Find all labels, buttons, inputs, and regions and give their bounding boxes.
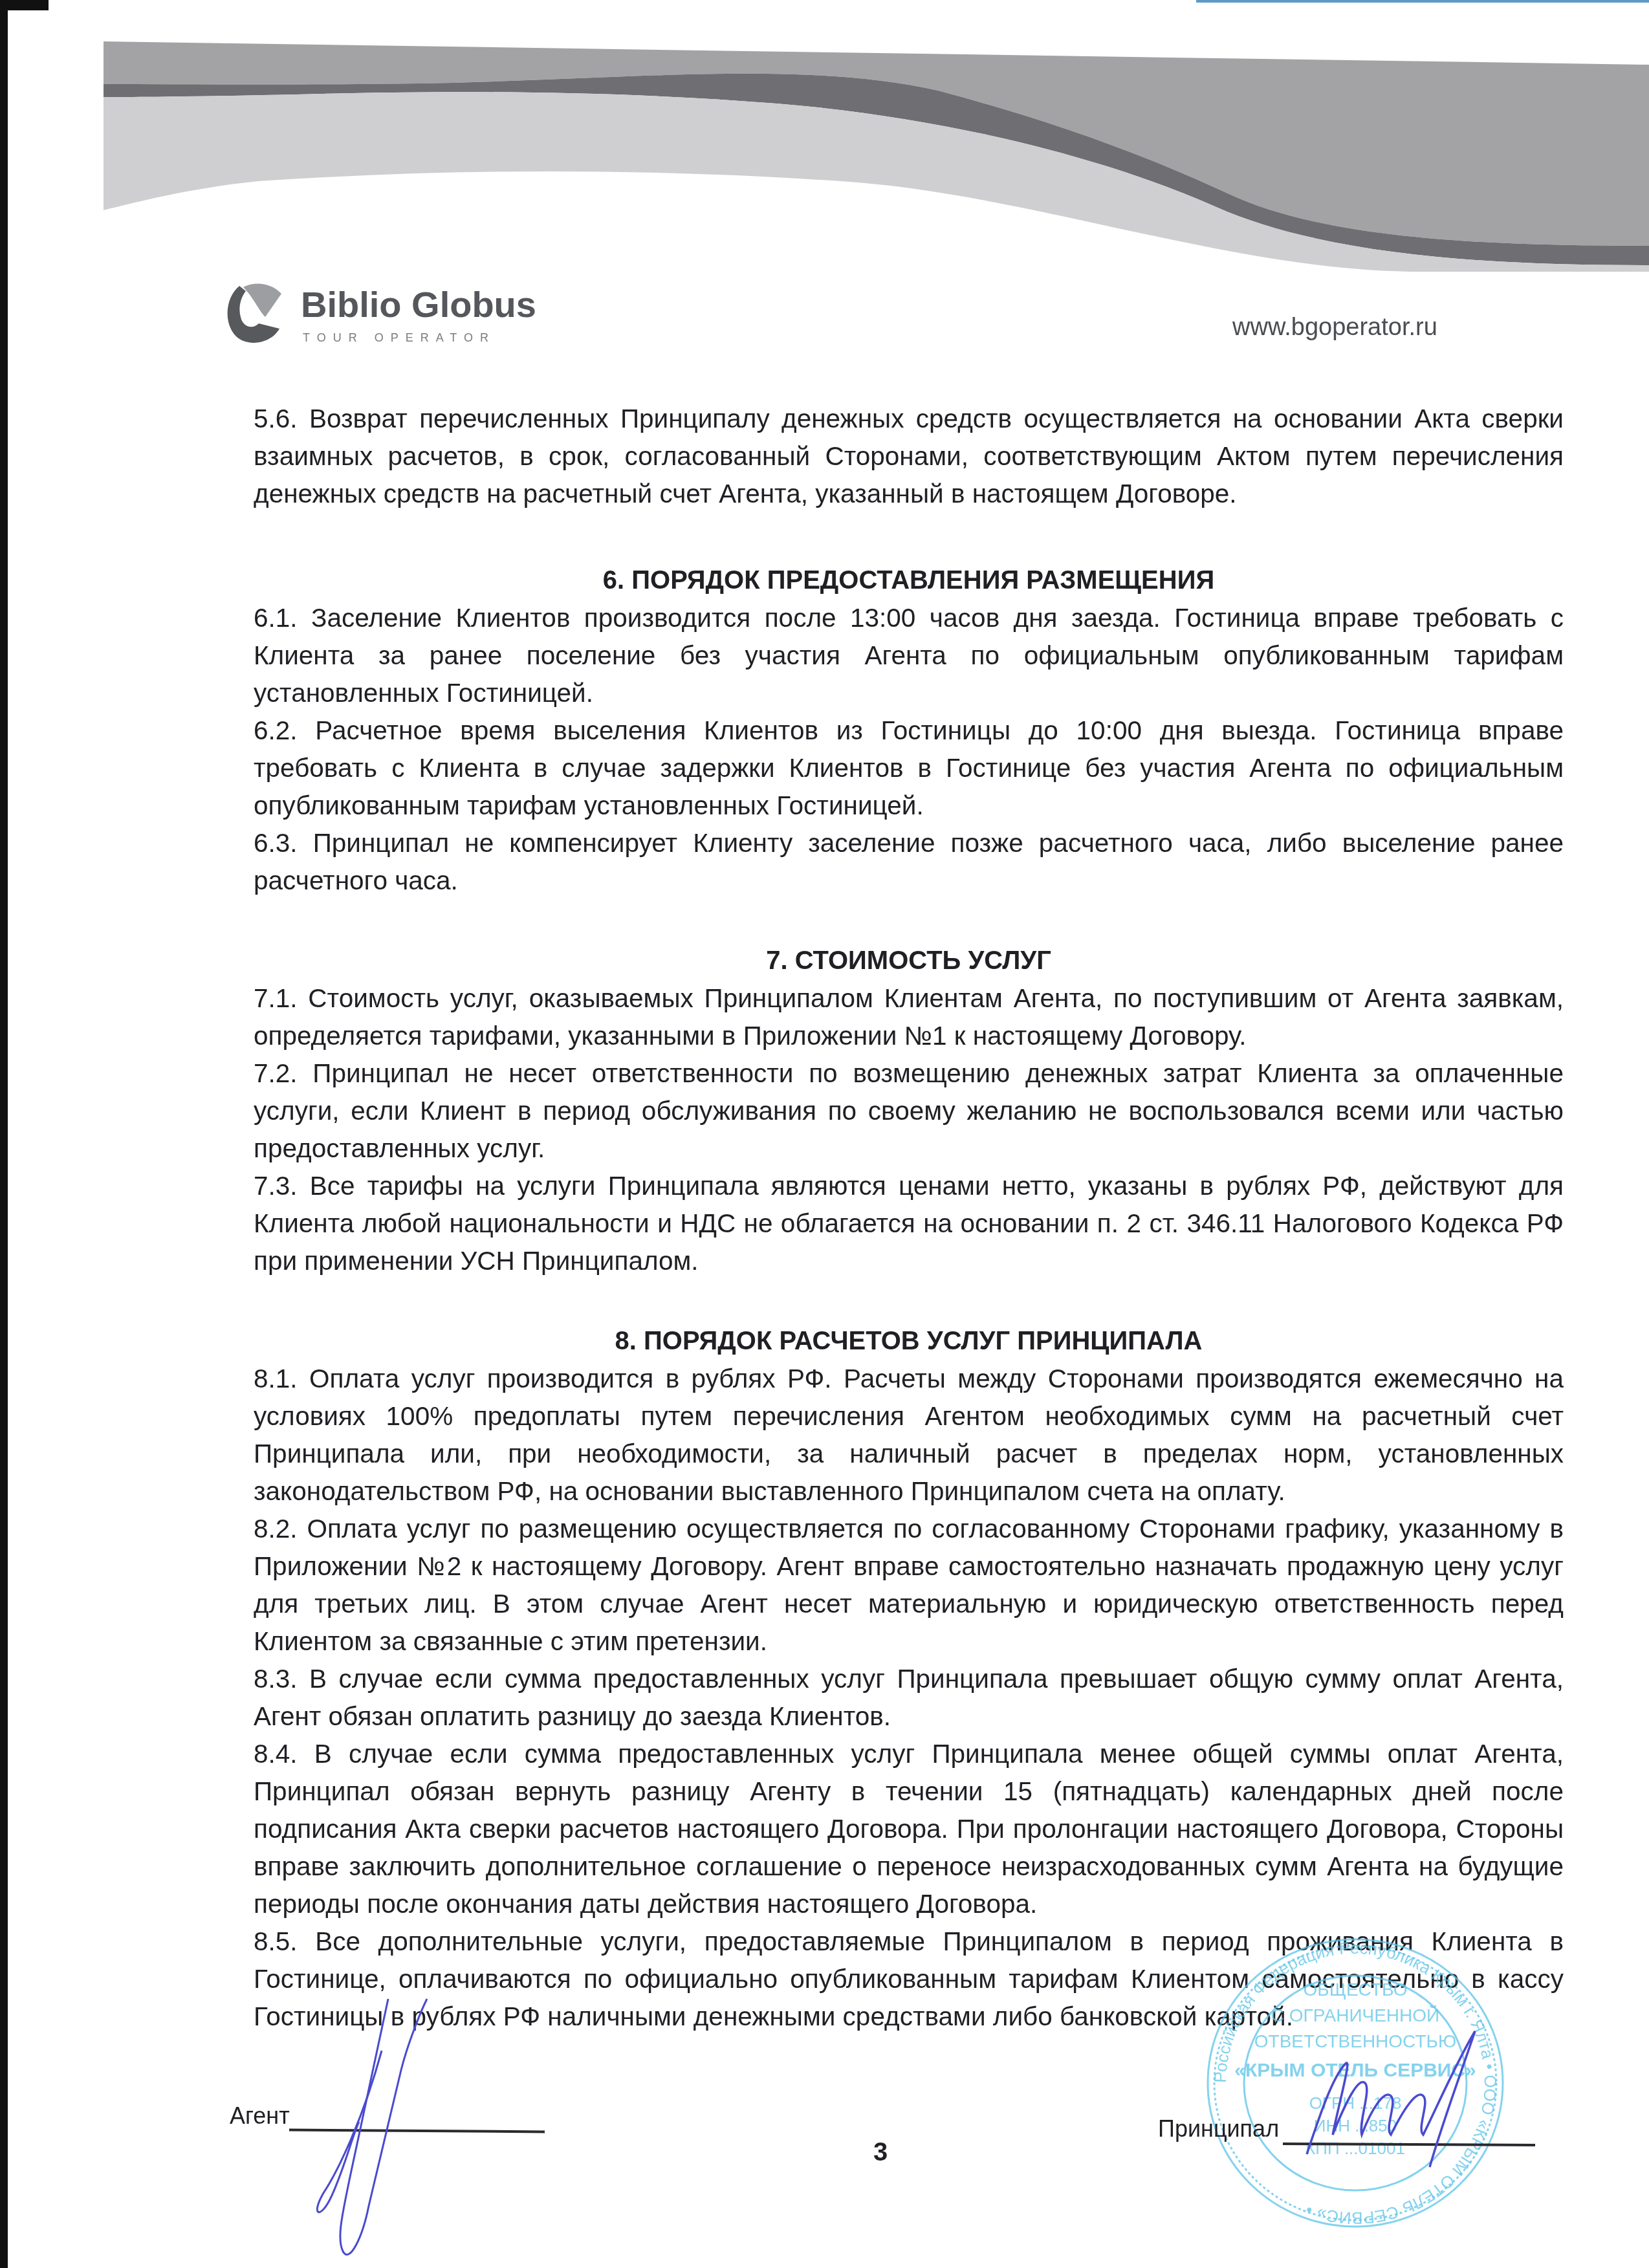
principal-signature-label: Принципал <box>1158 2115 1279 2143</box>
section-title-7: 7. СТОИМОСТЬ УСЛУГ <box>254 942 1564 979</box>
clause-8-4: 8.4. В случае если сумма предоставленных… <box>254 1735 1564 1923</box>
page-number: 3 <box>873 2138 888 2167</box>
scan-edge <box>0 0 8 2268</box>
clause-5-6: 5.6. Возврат перечисленных Принципалу де… <box>254 400 1564 512</box>
clause-7-3: 7.3. Все тарифы на услуги Принципала явл… <box>254 1167 1564 1280</box>
clause-8-2: 8.2. Оплата услуг по размещению осуществ… <box>254 1510 1564 1660</box>
agent-signature-line <box>289 2129 545 2133</box>
stamp-line-3: ОТВЕТСТВЕННОСТЬЮ <box>1254 2031 1456 2051</box>
section-title-6: 6. ПОРЯДОК ПРЕДОСТАВЛЕНИЯ РАЗМЕЩЕНИЯ <box>254 562 1564 599</box>
brand-name: Biblio Globus <box>301 283 536 325</box>
stamp-line-4: «КРЫМ ОТЕЛЬ СЕРВИС» <box>1234 2060 1476 2081</box>
spacer <box>254 512 1564 562</box>
website-link[interactable]: www.bgoperator.ru <box>1232 314 1437 342</box>
brand-logo: Biblio Globus TOUR OPERATOR <box>220 278 556 349</box>
section-title-8: 8. ПОРЯДОК РАСЧЕТОВ УСЛУГ ПРИНЦИПАЛА <box>254 1322 1564 1360</box>
header-wave-graphic <box>0 0 1649 272</box>
brand-subtitle: TOUR OPERATOR <box>303 331 496 345</box>
biblio-globus-logo-icon <box>220 278 291 349</box>
stamp-line-5: ОГРН ...178 <box>1309 2093 1402 2113</box>
spacer <box>254 1280 1564 1322</box>
clause-7-2: 7.2. Принципал не несет ответственности … <box>254 1054 1564 1167</box>
clause-8-3: 8.3. В случае если сумма предоставленных… <box>254 1660 1564 1735</box>
stamp-line-7: КПП ...01001 <box>1305 2139 1405 2158</box>
company-stamp: Российская Федерация Республика Крым г. … <box>1200 1931 1511 2235</box>
stamp-line-1: ОБЩЕСТВО <box>1304 1979 1408 2000</box>
stamp-line-2: С ОГРАНИЧЕННОЙ <box>1271 2005 1439 2025</box>
clause-6-1: 6.1. Заселение Клиентов производится пос… <box>254 599 1564 712</box>
clause-7-1: 7.1. Стоимость услуг, оказываемых Принци… <box>254 979 1564 1054</box>
document-body: 5.6. Возврат перечисленных Принципалу де… <box>254 400 1564 2035</box>
clause-6-3: 6.3. Принципал не компенсирует Клиенту з… <box>254 824 1564 899</box>
clause-8-1: 8.1. Оплата услуг производится в рублях … <box>254 1360 1564 1510</box>
clause-6-2: 6.2. Расчетное время выселения Клиентов … <box>254 712 1564 824</box>
agent-signature-label: Агент <box>230 2102 290 2130</box>
spacer <box>254 899 1564 942</box>
stamp-line-6: ИНН ...850 <box>1314 2116 1397 2135</box>
